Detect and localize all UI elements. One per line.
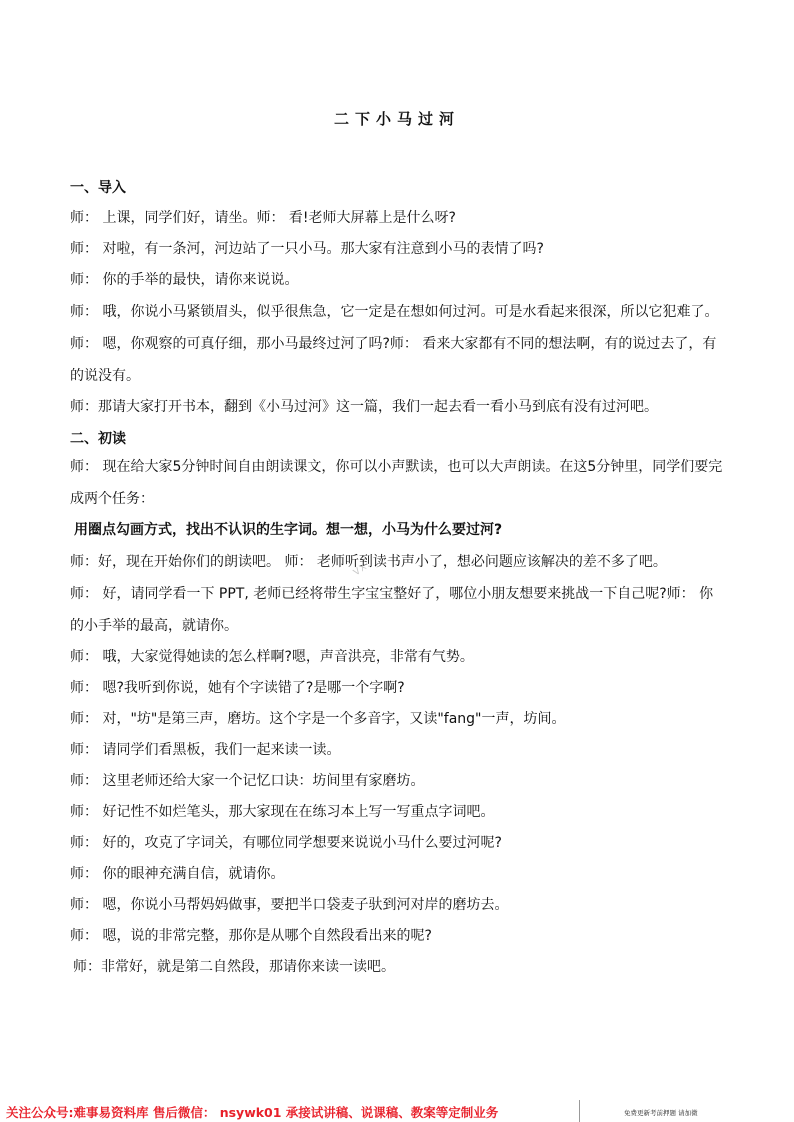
paragraph: 师： 请同学们看黑板，我们一起来读一读。 bbox=[70, 735, 724, 766]
paragraph: 师：那请大家打开书本，翻到《小马过河》这一篇，我们一起去看一看小马到底有没有过河… bbox=[70, 392, 724, 423]
document-body: 一、导入 师： 上课，同学们好，请坐。师： 看!老师大屏幕上是什么呀? 师： 对… bbox=[70, 176, 724, 983]
paragraph: 师： 对，"坊"是第三声，磨坊。这个字是一个多音字，又读"fang"一声，坊间。 bbox=[70, 704, 724, 735]
footer-promo-text: 关注公众号:难事易资料库 售后微信： nsywk01 承接试讲稿、说课稿、教案等… bbox=[6, 1103, 498, 1121]
paragraph: 师： 哦，大家觉得她读的怎么样啊?嗯，声音洪亮，非常有气势。 bbox=[70, 642, 724, 673]
paragraph: 师： 好记性不如烂笔头，那大家现在在练习本上写一写重点字词吧。 bbox=[70, 797, 724, 828]
section-heading-intro: 一、导入 bbox=[70, 176, 724, 200]
paragraph: 师： 对啦，有一条河，河边站了一只小马。那大家有注意到小马的表情了吗? bbox=[70, 234, 724, 265]
document-page: 二下小马过河 一、导入 师： 上课，同学们好，请坐。师： 看!老师大屏幕上是什么… bbox=[0, 0, 794, 1122]
paragraph: 师： 嗯?我听到你说，她有个字读错了?是哪一个字啊? bbox=[70, 673, 724, 704]
paragraph: 师： 这里老师还给大家一个记忆口诀：坊间里有家磨坊。 bbox=[70, 766, 724, 797]
paragraph: 师： 你的眼神充满自信，就请你。 bbox=[70, 859, 724, 890]
paragraph: 师： 现在给大家5分钟时间自由朗读课文，你可以小声默读，也可以大声朗读。在这5分… bbox=[70, 451, 724, 515]
footer-banner: 关注公众号:难事易资料库 售后微信： nsywk01 承接试讲稿、说课稿、教案等… bbox=[0, 1100, 794, 1122]
paragraph: 师： 你的手举的最快，请你来说说。 bbox=[70, 265, 724, 296]
paragraph: 师： 好，请同学看一下 PPT, 老师已经将带生字宝宝整好了，哪位小朋友想要来挑… bbox=[70, 578, 724, 642]
paragraph: 师： 嗯，说的非常完整，那你是从哪个自然段看出来的呢? bbox=[70, 921, 724, 952]
task-instruction: 用圈点勾画方式，找出不认识的生字词。想一想，小马为什么要过河? bbox=[70, 515, 724, 546]
section-heading-first-reading: 二、初读 bbox=[70, 427, 724, 451]
paragraph: 师： 嗯，你说小马帮妈妈做事，要把半口袋麦子驮到河对岸的磨坊去。 bbox=[70, 890, 724, 921]
document-title: 二下小马过河 bbox=[0, 108, 794, 129]
footer-note: 免费更新考前押题 请加微 bbox=[624, 1108, 698, 1117]
paragraph: 师： 好的，攻克了字词关，有哪位同学想要来说说小马什么要过河呢? bbox=[70, 828, 724, 859]
paragraph: 师：好，现在开始你们的朗读吧。 师： 老师听到读书声小了，想必问题应该解决的差不… bbox=[70, 546, 724, 578]
paragraph: 师： 哦，你说小马紧锁眉头，似乎很焦急，它一定是在想如何过河。可是水看起来很深，… bbox=[70, 296, 724, 392]
paragraph: 师：非常好，就是第二自然段，那请你来读一读吧。 bbox=[70, 952, 724, 983]
footer-divider bbox=[579, 1100, 580, 1122]
paragraph: 师： 上课，同学们好，请坐。师： 看!老师大屏幕上是什么呀? bbox=[70, 203, 724, 234]
